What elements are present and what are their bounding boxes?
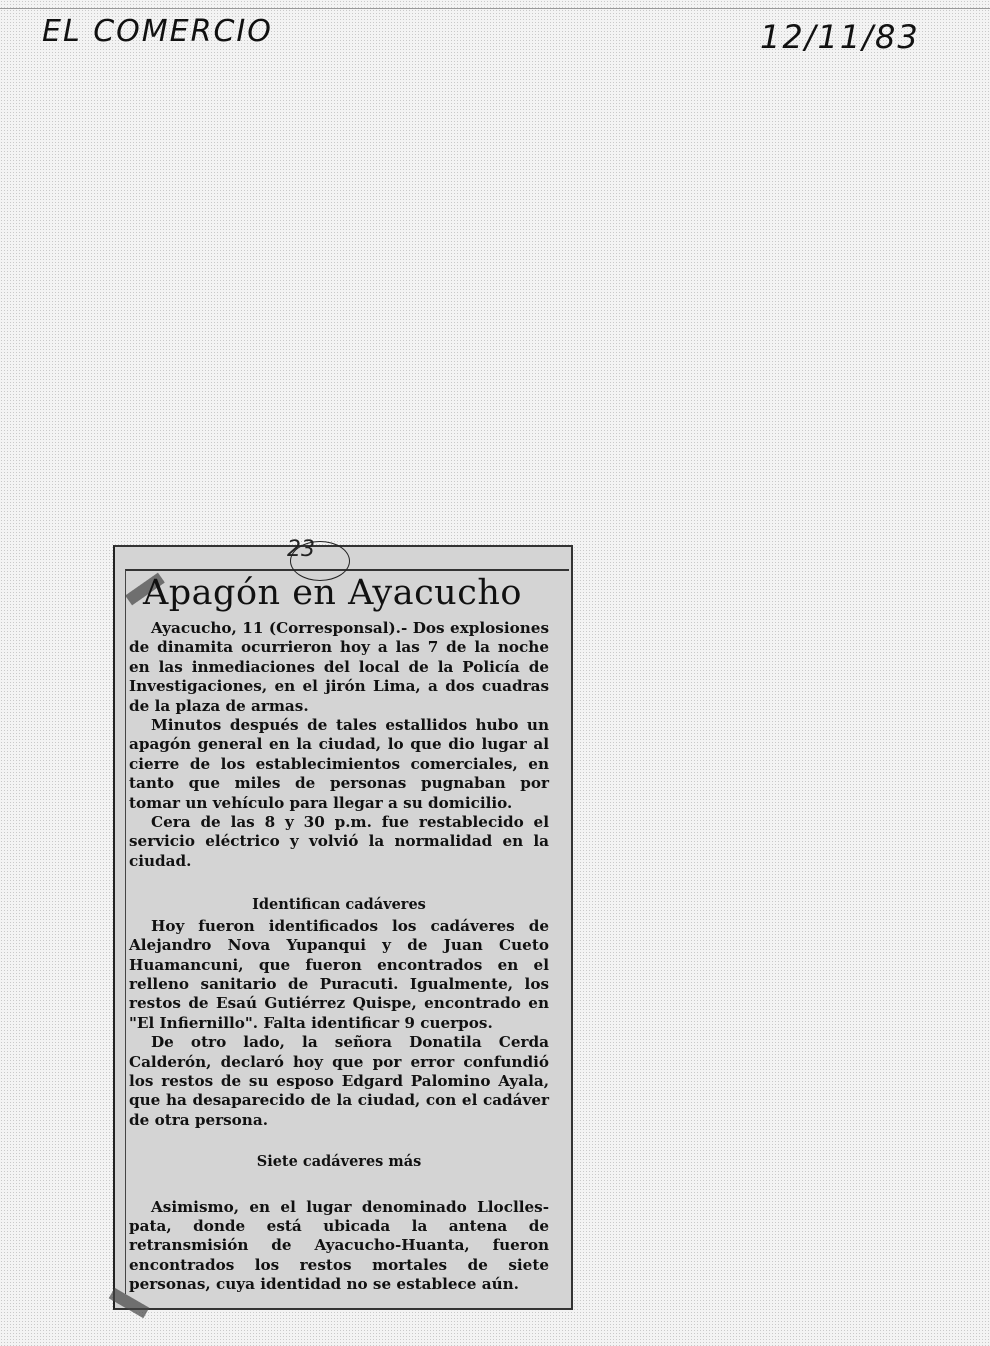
article-paragraph: De otro lado, la señora Donatila Cerda C… xyxy=(129,1033,549,1130)
handwritten-source-label: EL COMERCIO xyxy=(42,14,273,49)
article-paragraph: Ayacucho, 11 (Corresponsal).- Dos explos… xyxy=(129,619,549,716)
section-subhead: Identifican cadáveres xyxy=(129,895,549,914)
article-paragraph: Asimismo, en el lugar denominado Lloclle… xyxy=(129,1198,549,1295)
article-paragraph: Cera de las 8 y 30 p.m. fue restablecido… xyxy=(129,813,549,871)
newspaper-clipping: 23 Apagón en Ayacucho Ayacucho, 11 (Corr… xyxy=(113,545,573,1310)
page-edge-line xyxy=(0,8,990,9)
handwritten-date: 12/11/83 xyxy=(760,18,920,56)
section-subhead: Siete cadáveres más xyxy=(129,1152,549,1171)
article-body: Ayacucho, 11 (Corresponsal).- Dos explos… xyxy=(129,619,549,1295)
article-paragraph: Hoy fueron identificados los cadáveres d… xyxy=(129,917,549,1033)
article-paragraph: Minutos después de tales estallidos hubo… xyxy=(129,716,549,813)
clipping-number: 23 xyxy=(287,537,315,562)
article-headline: Apagón en Ayacucho xyxy=(143,573,522,613)
